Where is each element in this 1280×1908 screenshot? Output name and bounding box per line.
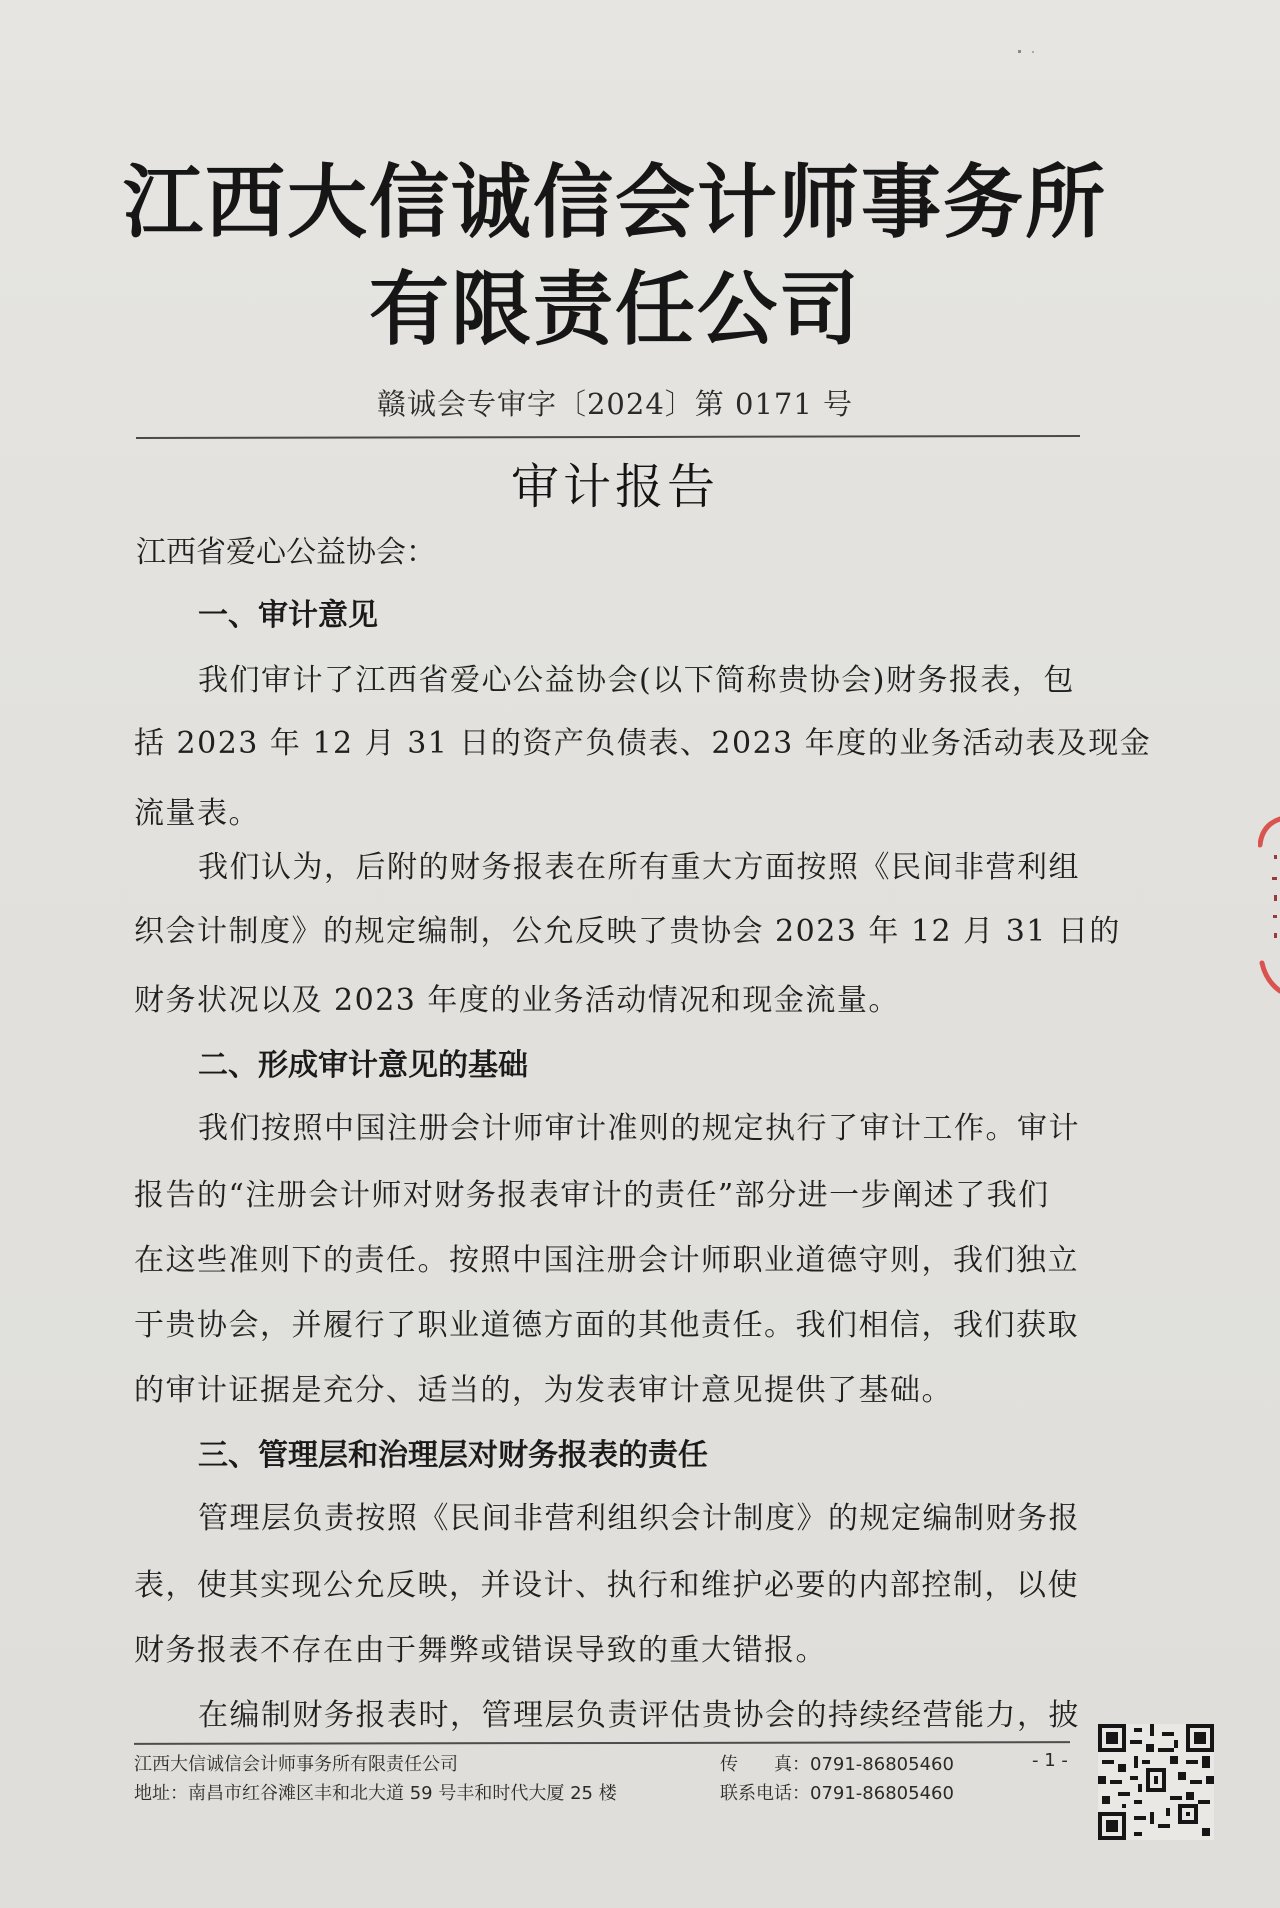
paragraph-line: 括 2023 年 12 月 31 日的资产负债表、2023 年度的业务活动表及现… [134,718,1151,762]
paragraph-line: 报告的“注册会计师对财务报表审计的责任”部分进一步阐述了我们 [134,1170,1050,1214]
paragraph-line: 财务报表不存在由于舞弊或错误导致的重大错报。 [134,1625,827,1669]
section-heading-audit-opinion: 一、审计意见 [198,590,378,634]
audit-report-page: 江西大信诚信会计师事务所 有限责任公司 赣诚会专审字〔2024〕第 0171 号… [0,0,1280,1908]
section-heading-basis-for-opinion: 二、形成审计意见的基础 [198,1040,528,1084]
paragraph-line: 在这些准则下的责任。按照中国注册会计师职业道德守则，我们独立 [134,1235,1079,1279]
paragraph-line: 表，使其实现公允反映，并设计、执行和维护必要的内部控制，以使 [134,1560,1079,1604]
seal-stamp-icon [1258,815,1280,995]
paragraph-line: 财务状况以及 2023 年度的业务活动情况和现金流量。 [134,975,900,1019]
document-number: 赣诚会专审字〔2024〕第 0171 号 [0,382,1230,423]
firm-name-line1: 江西大信诚信会计师事务所 [0,163,1230,243]
paragraph-line: 在编制财务报表时，管理层负责评估贵协会的持续经营能力，披 [198,1690,1080,1734]
paragraph-line: 我们按照中国注册会计师审计准则的规定执行了审计工作。审计 [198,1103,1080,1147]
paragraph-line: 我们认为，后附的财务报表在所有重大方面按照《民间非营利组 [198,842,1080,886]
section-heading-management-responsibility: 三、管理层和治理层对财务报表的责任 [198,1430,708,1474]
addressee: 江西省爱心公益协会： [136,527,436,571]
paragraph-line: 织会计制度》的规定编制，公允反映了贵协会 2023 年 12 月 31 日的 [134,906,1121,950]
footer-fax: 传 真：0791-86805460 [720,1750,954,1776]
paragraph-line: 于贵协会，并履行了职业道德方面的其他责任。我们相信，我们获取 [134,1300,1079,1344]
paper-specks [1018,40,1038,46]
page-number: - 1 - [1032,1750,1068,1771]
report-title: 审计报告 [0,448,1230,517]
footer-phone: 联系电话：0791-86805460 [720,1779,954,1805]
footer-firm-name: 江西大信诚信会计师事务所有限责任公司 [134,1750,458,1776]
paragraph-line: 我们审计了江西省爱心公益协会(以下简称贵协会)财务报表，包 [198,655,1075,699]
footer-divider [134,1741,1070,1745]
firm-name-line2: 有限责任公司 [0,270,1230,350]
qr-code-icon [1098,1724,1214,1840]
header-divider [136,435,1080,439]
paragraph-line: 管理层负责按照《民间非营利组织会计制度》的规定编制财务报 [198,1493,1080,1537]
paragraph-line: 流量表。 [134,788,260,832]
paragraph-line: 的审计证据是充分、适当的，为发表审计意见提供了基础。 [134,1365,953,1409]
footer-address: 地址：南昌市红谷滩区丰和北大道 59 号丰和时代大厦 25 楼 [134,1779,617,1805]
